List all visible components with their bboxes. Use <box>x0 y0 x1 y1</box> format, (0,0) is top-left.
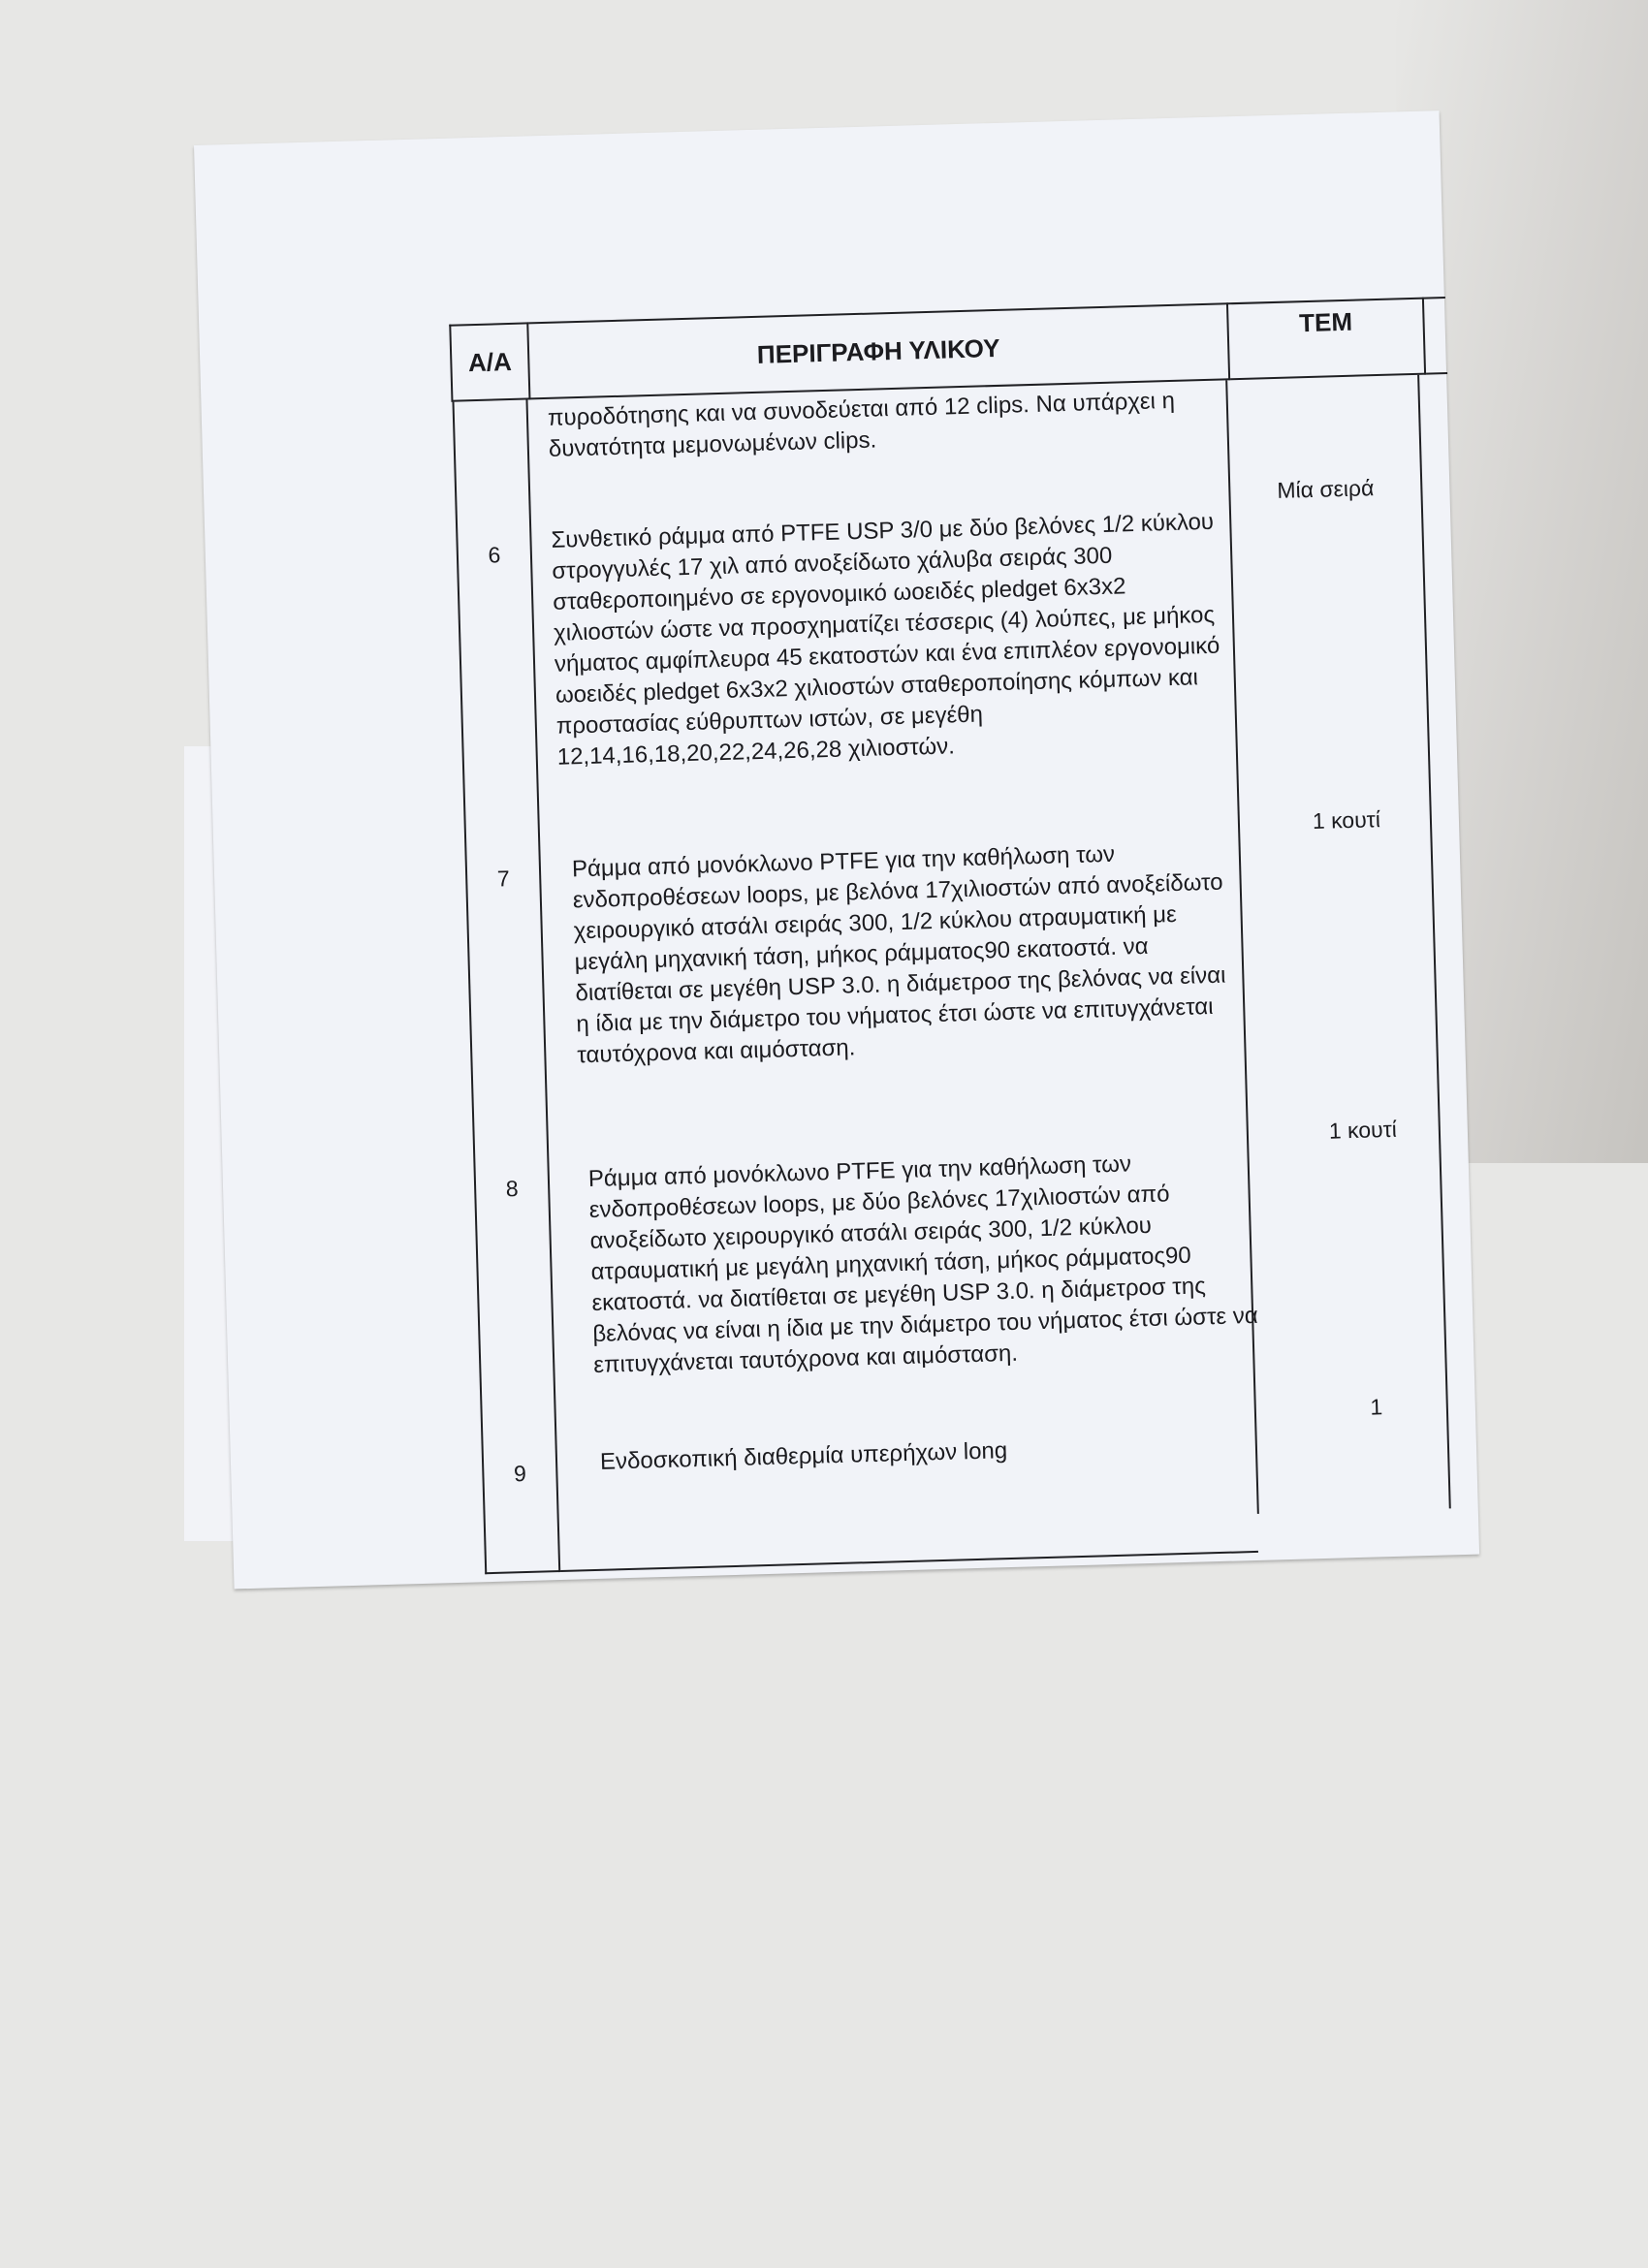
row-quantity: 1 κουτί <box>1250 804 1444 836</box>
row-quantity: 1 κουτί <box>1266 1115 1461 1147</box>
row-number: 9 <box>482 1460 558 1488</box>
header-aa: Α/Α <box>450 323 529 400</box>
row-number: 8 <box>474 1175 551 1203</box>
header-cut-column <box>1423 298 1447 374</box>
row-description: Συνθετικό ράμμα από PTFE USP 3/0 με δύο … <box>551 507 1226 773</box>
continuation-text: πυροδότησης και να συνοδεύεται από 12 cl… <box>548 385 1219 465</box>
materials-table: Α/Α ΠΕΡΙΓΡΑΦΗ ΥΛΙΚΟΥ ΤΕΜ πυροδότησης και… <box>449 297 1480 1574</box>
row-number: 6 <box>457 541 533 569</box>
header-unit: ΤΕΜ <box>1227 299 1425 380</box>
row-quantity: Μία σειρά <box>1228 474 1423 506</box>
table-row: 8 Ράμμα από μονόκλωνο PTFE για την καθήλ… <box>473 1120 1469 1149</box>
row-description: Ράμμα από μονόκλωνο PTFE για την καθήλωσ… <box>572 835 1247 1071</box>
row-description: Ράμμα από μονόκλωνο PTFE για την καθήλωσ… <box>588 1146 1263 1381</box>
row-description: Ενδοσκοπική διαθερμία υπερήχων long <box>600 1429 1270 1478</box>
row-quantity: 1 <box>1279 1392 1474 1424</box>
row-number: 7 <box>465 865 542 893</box>
document-page: Α/Α ΠΕΡΙΓΡΑΦΗ ΥΛΙΚΟΥ ΤΕΜ πυροδότησης και… <box>194 110 1479 1589</box>
table-body-row: πυροδότησης και να συνοδεύεται από 12 cl… <box>452 373 1479 1574</box>
table-row: 7 Ράμμα από μονόκλωνο PTFE για την καθήλ… <box>464 810 1460 838</box>
